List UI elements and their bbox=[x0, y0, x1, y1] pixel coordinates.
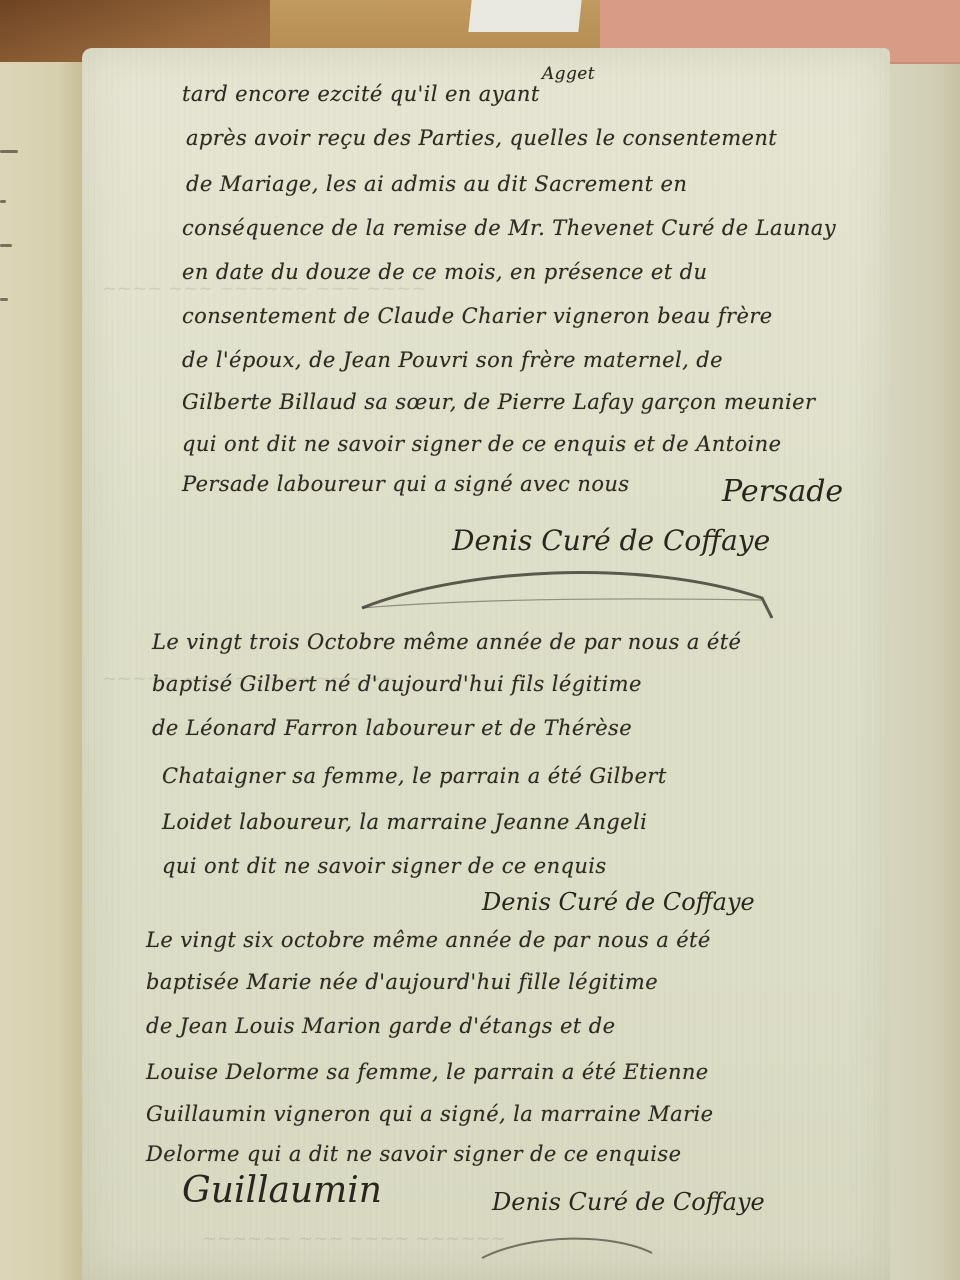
manuscript-page: ~~~~ ~~~ ~~~~~~ ~~~ ~~~~ ~~~~~ ~~ ~~~~ ~… bbox=[82, 48, 890, 1280]
entry1-line-9: qui ont dit ne savoir signer de ce enqui… bbox=[182, 432, 781, 456]
entry1-line-5: en date du douze de ce mois, en présence… bbox=[182, 260, 707, 284]
entry1-line-3: de Mariage, les ai admis au dit Sacremen… bbox=[186, 172, 687, 196]
entry3-line-4: Louise Delorme sa femme, le parrain a ét… bbox=[146, 1060, 709, 1084]
signature-denis-cure-2: Denis Curé de Coffaye bbox=[482, 888, 755, 916]
signature-flourish bbox=[342, 558, 802, 628]
entry1-line-10: Persade laboureur qui a signé avec nous bbox=[182, 472, 629, 496]
signature-denis-cure: Denis Curé de Coffaye bbox=[452, 524, 770, 557]
edge-ink-mark bbox=[0, 200, 6, 203]
entry3-line-3: de Jean Louis Marion garde d'étangs et d… bbox=[146, 1014, 615, 1038]
entry3-line-2: baptisée Marie née d'aujourd'hui fille l… bbox=[146, 970, 658, 994]
entry2-line-4: Chataigner sa femme, le parrain a été Gi… bbox=[162, 764, 667, 788]
entry1-line-7: de l'époux, de Jean Pouvri son frère mat… bbox=[182, 348, 723, 372]
bleed-through-text: ~~~~~~ ~~~ ~~~~ ~~~~~~ bbox=[202, 1228, 506, 1249]
edge-ink-mark bbox=[0, 298, 8, 301]
background-white-card bbox=[468, 0, 581, 32]
entry1-line-2: après avoir reçu des Parties, quelles le… bbox=[186, 126, 777, 150]
previous-page-edge bbox=[0, 62, 84, 1280]
entry1-line-8: Gilberte Billaud sa sœur, de Pierre Lafa… bbox=[182, 390, 815, 414]
photo-scene: ~~~~ ~~~ ~~~~~~ ~~~ ~~~~ ~~~~~ ~~ ~~~~ ~… bbox=[0, 0, 960, 1280]
entry2-line-2: baptisé Gilbert né d'aujourd'hui fils lé… bbox=[152, 672, 642, 696]
entry2-line-1: Le vingt trois Octobre même année de par… bbox=[152, 630, 741, 654]
entry1-line-1: tard encore ezcité qu'il en ayant bbox=[182, 82, 540, 106]
entry2-line-5: Loidet laboureur, la marraine Jeanne Ang… bbox=[162, 810, 647, 834]
right-margin-strip bbox=[888, 64, 960, 1280]
insertion-above-line: Agget bbox=[542, 64, 595, 84]
signature-guillaumin: Guillaumin bbox=[182, 1170, 382, 1211]
edge-ink-mark bbox=[0, 244, 12, 247]
entry3-line-5: Guillaumin vigneron qui a signé, la marr… bbox=[146, 1102, 713, 1126]
signature-persade: Persade bbox=[722, 474, 843, 509]
signature-denis-cure-3: Denis Curé de Coffaye bbox=[492, 1188, 765, 1216]
entry3-line-1: Le vingt six octobre même année de par n… bbox=[146, 928, 711, 952]
entry2-line-6: qui ont dit ne savoir signer de ce enqui… bbox=[162, 854, 607, 878]
edge-ink-mark bbox=[0, 150, 18, 153]
entry1-line-6: consentement de Claude Charier vigneron … bbox=[182, 304, 773, 328]
entry2-line-3: de Léonard Farron laboureur et de Thérès… bbox=[152, 716, 632, 740]
entry1-line-4: conséquence de la remise de Mr. Thevenet… bbox=[182, 216, 836, 240]
entry3-line-6: Delorme qui a dit ne savoir signer de ce… bbox=[146, 1142, 681, 1166]
